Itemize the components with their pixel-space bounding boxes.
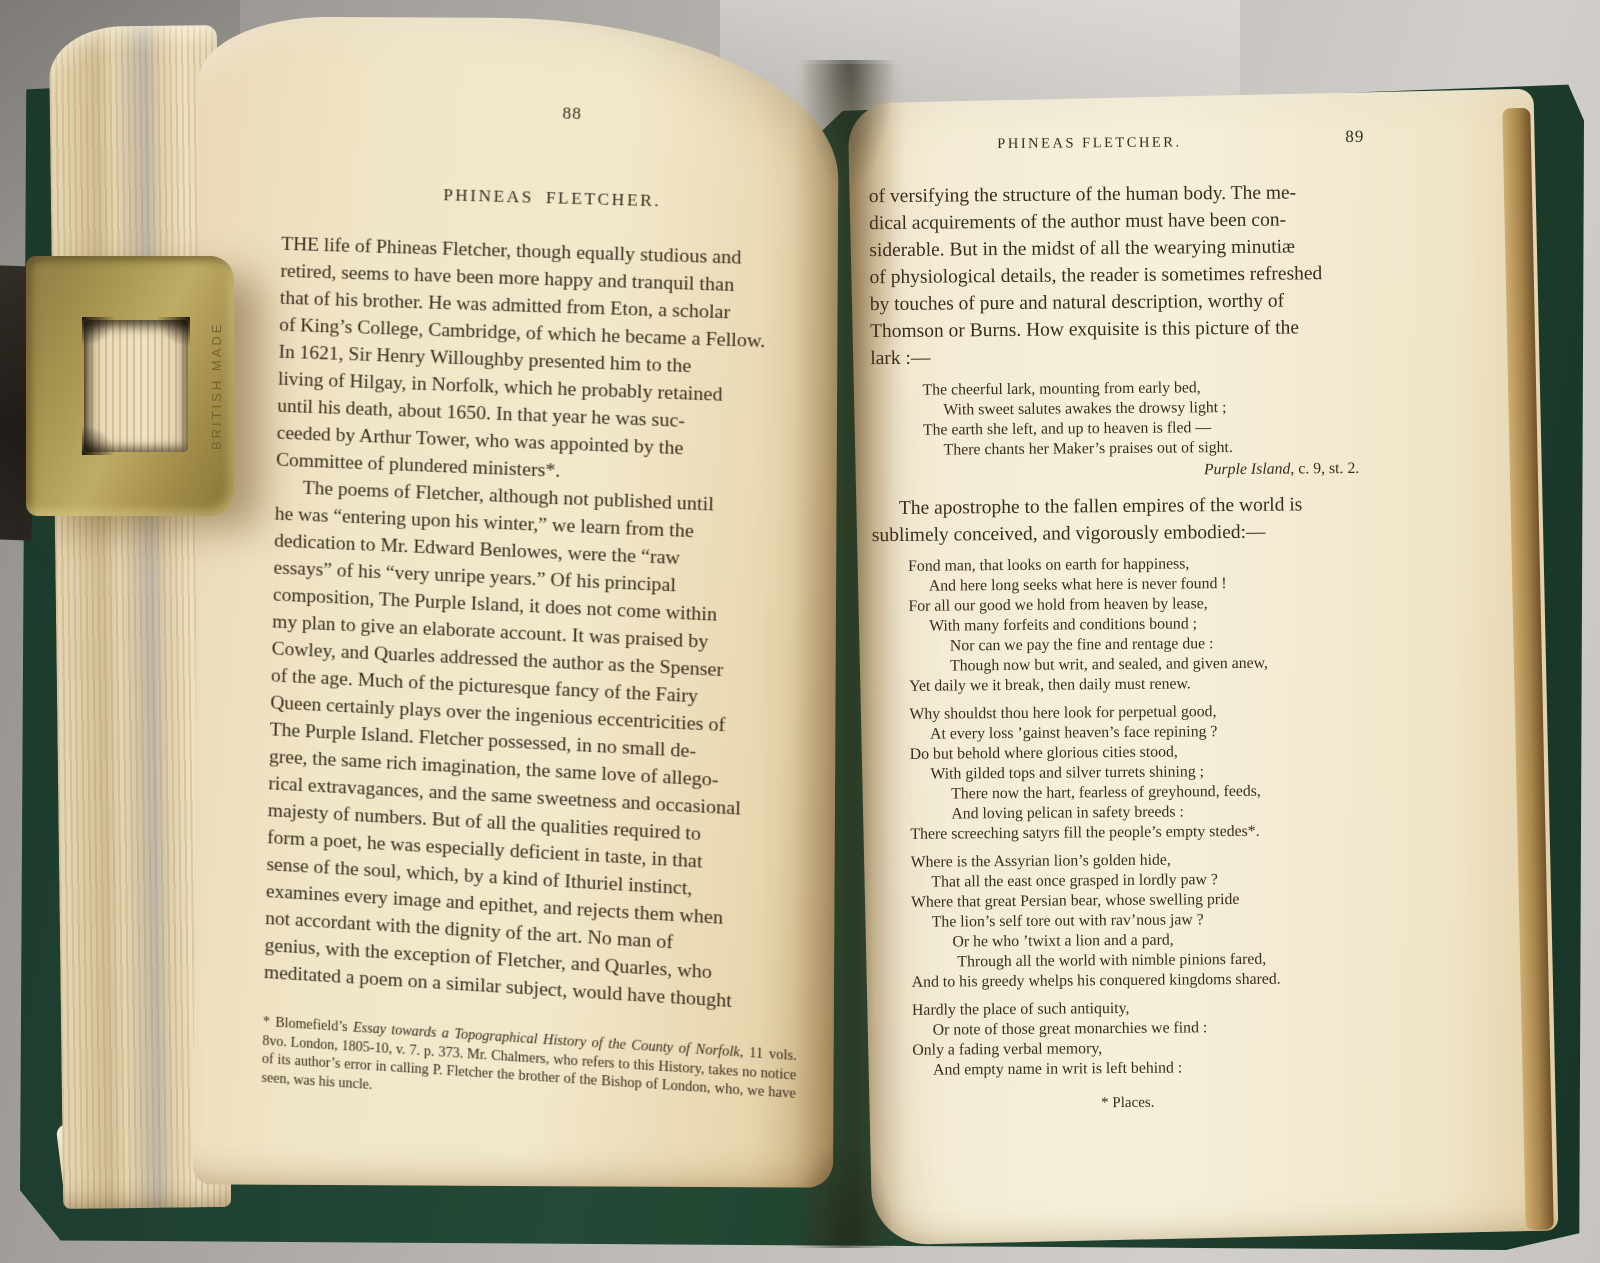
body-line: Thomson or Burns. How exquisite is this … [870, 314, 1372, 345]
brass-clip: BRITISH MADE [26, 256, 234, 516]
running-title: PHINEAS FLETCHER. [868, 133, 1310, 154]
page-number: 89 [1345, 127, 1364, 147]
footnote: * Blomefield’s Essay towards a Topograph… [261, 1014, 797, 1124]
clip-corner-shadow [82, 425, 116, 455]
page-number: 88 [320, 98, 830, 130]
body-text: THE life of Phineas Fletcher, though equ… [264, 231, 827, 1020]
body-line: The apostrophe to the fallen empires of … [871, 491, 1373, 522]
clip-corner-shadow [82, 317, 116, 347]
body-line: lark :— [870, 341, 1372, 372]
attribution-work: Purple Island [1204, 461, 1291, 479]
paragraph-apostrophe: The apostrophe to the fallen empires of … [871, 491, 1373, 549]
body-line: of physiological details, the reader is … [869, 260, 1371, 291]
poem-line: And to his greedy whelps his conquered k… [912, 969, 1378, 993]
poem-line: There screeching satyrs fill the people’… [910, 821, 1376, 845]
stanza-4: Hardly the place of such antiquity,Or no… [912, 997, 1379, 1081]
footnote-start: * Blomefield’s [263, 1015, 353, 1036]
attribution-ref: , c. 9, st. 2. [1290, 460, 1359, 478]
body-line: sublimely conceived, and vigorously embo… [872, 518, 1374, 549]
right-page-text: PHINEAS FLETCHER. 89 of versifying the s… [868, 133, 1379, 1114]
quote-attribution: Purple Island, c. 9, st. 2. [871, 459, 1373, 483]
clip-corner-shadow [156, 317, 190, 347]
clip-engraving: BRITISH MADE [209, 282, 224, 490]
stanza-3: Where is the Assyrian lion’s golden hide… [911, 849, 1378, 993]
running-header: PHINEAS FLETCHER. 89 [868, 133, 1370, 157]
poem-quote-lark: The cheerful lark, mounting from early b… [922, 377, 1373, 461]
paragraph-lark: of versifying the structure of the human… [869, 179, 1373, 372]
body-line: of versifying the structure of the human… [869, 179, 1371, 210]
poem-line: Yet daily we it break, then daily must r… [909, 673, 1375, 697]
left-page-text: 88 PHINEAS FLETCHER. THE life of Phineas… [261, 97, 830, 1125]
book-photo: 88 PHINEAS FLETCHER. THE life of Phineas… [0, 0, 1600, 1263]
footnote-places: * Places. [877, 1093, 1379, 1114]
poem-line: There chants her Maker’s praises out of … [923, 437, 1373, 461]
chapter-title: PHINEAS FLETCHER. [282, 181, 828, 216]
clip-window [84, 320, 188, 452]
stanza-2: Why shouldst thou here look for perpetua… [909, 701, 1376, 845]
poem-line: And empty name in writ is left behind : [912, 1057, 1378, 1081]
right-page: PHINEAS FLETCHER. 89 of versifying the s… [848, 89, 1559, 1246]
stanza-1: Fond man, that looks on earth for happin… [908, 553, 1375, 697]
left-page: 88 PHINEAS FLETCHER. THE life of Phineas… [193, 16, 839, 1187]
